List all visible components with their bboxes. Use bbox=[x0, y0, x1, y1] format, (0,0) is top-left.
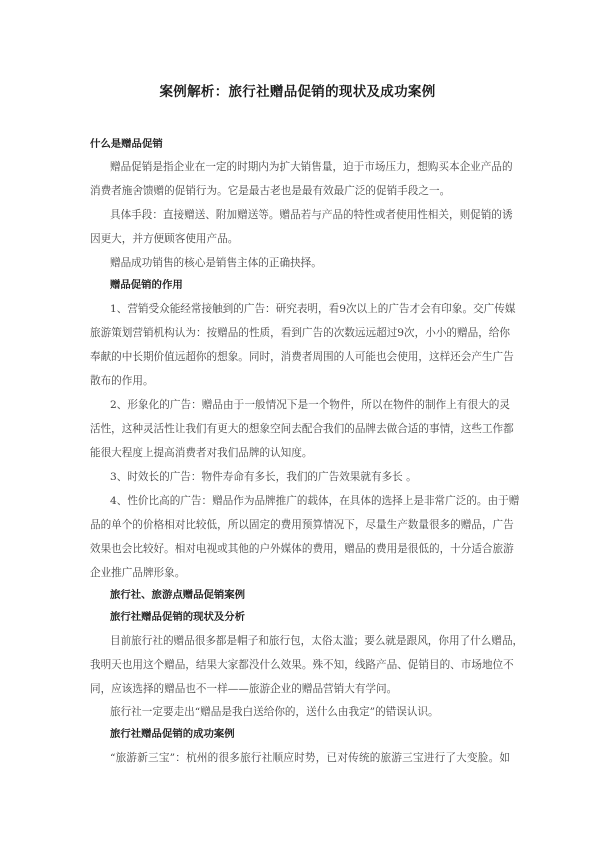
paragraph-line: 活性，这种灵活性让我们有更大的想象空间去配合我们的品牌去做合适的事情，这些工作都 bbox=[90, 422, 510, 436]
paragraph-line: 2、形象化的广告：赠品由于一般情况下是一个物件，所以在物件的制作上有很大的灵 bbox=[110, 398, 510, 412]
paragraph-line: 4、性价比高的广告：赠品作为品牌推广的载体，在具体的选择上是非常广泛的。由于赠 bbox=[110, 494, 510, 508]
document-title: 案例解析：旅行社赠品促销的现状及成功案例 bbox=[0, 80, 595, 100]
section-heading-role-of-gift-promotion: 赠品促销的作用 bbox=[110, 278, 183, 292]
section-heading-travel-agency-gift-cases: 旅行社、旅游点赠品促销案例 bbox=[110, 588, 245, 602]
paragraph-line: 消费者施舍馈赠的促销行为。它是最古老也是最有效最广泛的促销手段之一。 bbox=[90, 184, 510, 198]
paragraph-line: 奉献的中长期价值远超你的想象。同时，消费者周围的人可能也会使用，这样还会产生广告 bbox=[90, 350, 510, 364]
paragraph-line: 3、时效长的广告：物件寿命有多长，我们的广告效果就有多长 。 bbox=[110, 470, 510, 484]
paragraph-line: 同，应该选择的赠品也不一样——旅游企业的赠品营销大有学问。 bbox=[90, 682, 510, 696]
paragraph-line: 我明天也用这个赠品，结果大家都没什么效果。殊不知，线路产品、促销目的、市场地位不 bbox=[90, 658, 510, 672]
section-heading-status-and-analysis: 旅行社赠品促销的现状及分析 bbox=[110, 610, 245, 624]
section-heading-success-cases: 旅行社赠品促销的成功案例 bbox=[110, 727, 235, 741]
paragraph-line: 赠品促销是指企业在一定的时期内为扩大销售量，迫于市场压力，想购买本企业产品的 bbox=[110, 160, 510, 174]
paragraph-line: 企业推广品牌形象。 bbox=[90, 566, 510, 580]
paragraph-line: 散布的作用。 bbox=[90, 374, 510, 388]
paragraph-line: 效果也会比较好。相对电视或其他的户外媒体的费用，赠品的费用是很低的，十分适合旅游 bbox=[90, 542, 510, 556]
section-heading-what-is-gift-promotion: 什么是赠品促销 bbox=[90, 137, 163, 151]
paragraph-line: 因更大，并方便顾客使用产品。 bbox=[90, 232, 510, 246]
paragraph-line: 品的单个的价格相对比较低，所以固定的费用预算情况下，尽量生产数量很多的赠品，广告 bbox=[90, 518, 510, 532]
paragraph-line: 具体手段：直接赠送、附加赠送等。赠品若与产品的特性或者使用性相关，则促销的诱 bbox=[110, 208, 510, 222]
paragraph-line: 赠品成功销售的核心是销售主体的正确抉择。 bbox=[110, 256, 510, 270]
paragraph-line: 1、营销受众能经常接触到的广告：研究表明，看9次以上的广告才会有印象。交广传媒 bbox=[110, 302, 510, 316]
paragraph-line: “旅游新三宝”：杭州的很多旅行社顺应时势，已对传统的旅游三宝进行了大变脸。如 bbox=[110, 751, 510, 765]
paragraph-line: 旅行社一定要走出“赠品是我白送给你的，送什么由我定”的错误认识。 bbox=[110, 705, 510, 719]
document-page: 案例解析：旅行社赠品促销的现状及成功案例 什么是赠品促销 赠品促销是指企业在一定… bbox=[0, 0, 595, 842]
paragraph-line: 能很大程度上提高消费者对我们品牌的认知度。 bbox=[90, 446, 510, 460]
paragraph-line: 目前旅行社的赠品很多都是帽子和旅行包，太俗太滥；要么就是跟风，你用了什么赠品， bbox=[110, 634, 510, 648]
paragraph-line: 旅游策划营销机构认为：按赠品的性质，看到广告的次数远远超过9次，小小的赠品，给你 bbox=[90, 326, 510, 340]
